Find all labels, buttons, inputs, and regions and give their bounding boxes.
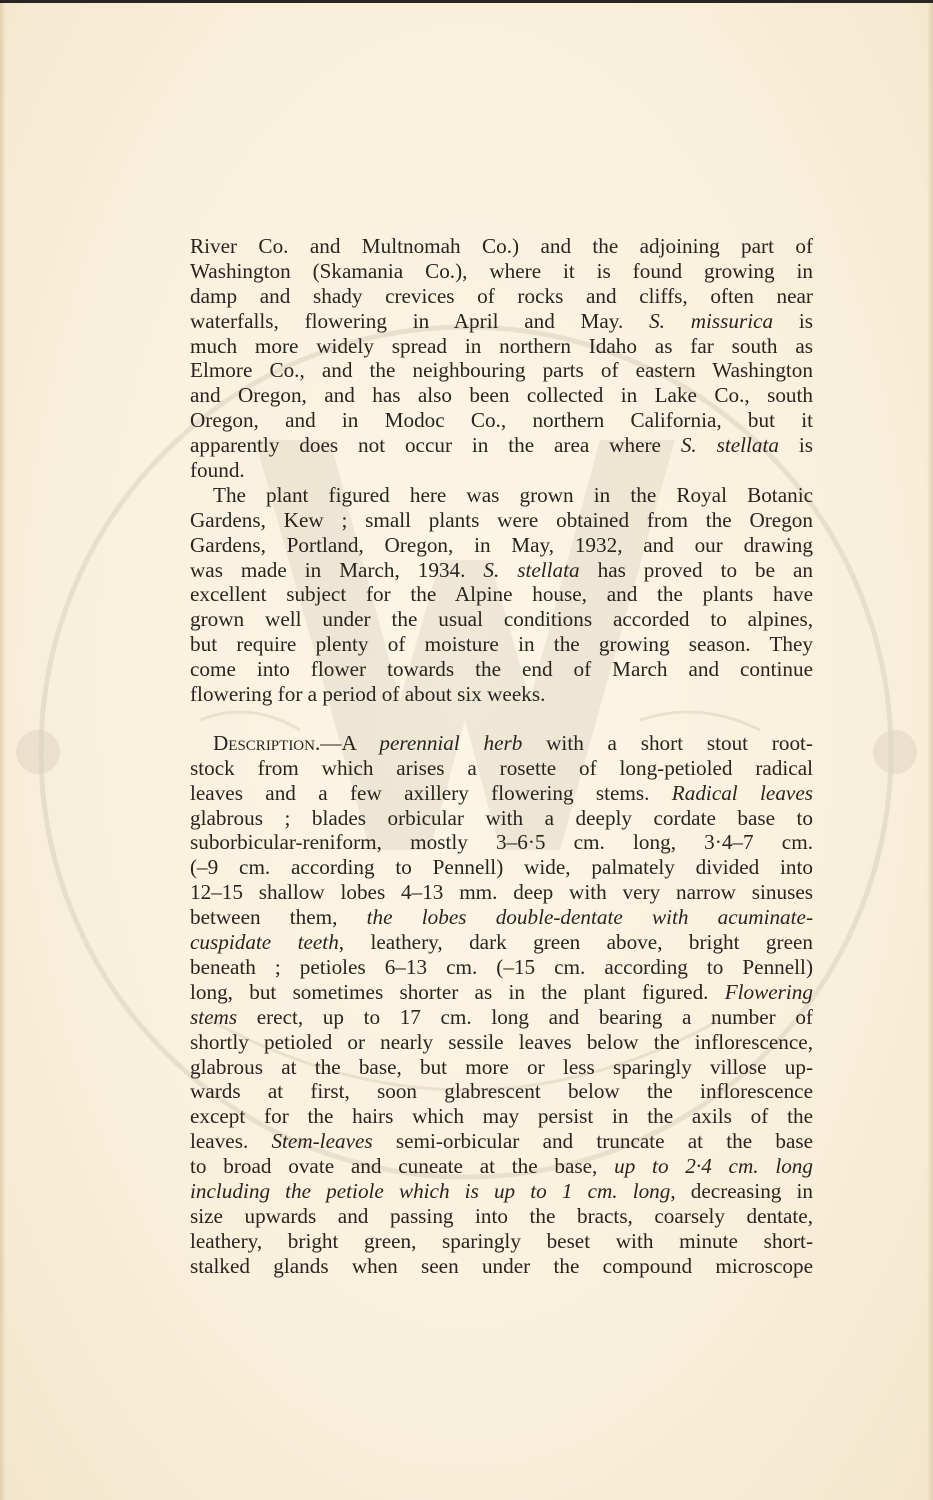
text: and Oregon, and has also been collected … (190, 383, 813, 407)
italic-text: cuspidate teeth (190, 930, 339, 954)
text: , leathery, dark green above, bright gre… (339, 930, 813, 954)
text: found. (190, 458, 245, 482)
text-line: apparently does not occur in the area wh… (190, 433, 813, 458)
paragraph-distribution: River Co. and Multnomah Co.) and the adj… (190, 234, 813, 483)
text-line: glabrous ; blades orbicular with a deepl… (190, 806, 813, 831)
text: has proved to be an (580, 558, 813, 582)
italic-text: up to 2·4 cm. long (614, 1154, 813, 1178)
text-line: size upwards and passing into the bracts… (190, 1204, 813, 1229)
text-line: to broad ovate and cuneate at the base, … (190, 1154, 813, 1179)
text: leathery, bright green, sparingly beset … (190, 1229, 813, 1253)
italic-text: Flowering (725, 980, 813, 1004)
text: beneath ; petioles 6–13 cm. (–15 cm. acc… (190, 955, 813, 979)
page-left-edge (0, 3, 6, 1500)
text-line: damp and shady crevices of rocks and cli… (190, 284, 813, 309)
text-line: and Oregon, and has also been collected … (190, 383, 813, 408)
document-body: River Co. and Multnomah Co.) and the adj… (190, 234, 813, 1279)
text: suborbicular-reniform, mostly 3–6·5 cm. … (190, 830, 813, 854)
text: leaves and a few axillery flowering stem… (190, 781, 672, 805)
text: but require plenty of moisture in the gr… (190, 632, 813, 656)
text: Elmore Co., and the neighbouring parts o… (190, 358, 813, 382)
paragraph-description: Description.—A perennial herb with a sho… (190, 731, 813, 1279)
page-right-edge (927, 3, 933, 1500)
text: The plant figured here was grown in the … (213, 483, 813, 507)
text: excellent subject for the Alpine house, … (190, 582, 813, 606)
text: apparently does not occur in the area wh… (190, 433, 681, 457)
text: is (773, 309, 813, 333)
text-line: leaves and a few axillery flowering stem… (190, 781, 813, 806)
italic-text: S. stellata (681, 433, 779, 457)
text: stock from which arises a rosette of lon… (190, 756, 813, 780)
text: , decreasing in (670, 1179, 813, 1203)
text-line: leaves. Stem-leaves semi-orbicular and t… (190, 1129, 813, 1154)
text-line: glabrous at the base, but more or less s… (190, 1055, 813, 1080)
text: stalked glands when seen under the compo… (190, 1254, 813, 1278)
text-line: 12–15 shallow lobes 4–13 mm. deep with v… (190, 880, 813, 905)
text: River Co. and Multnomah Co.) and the adj… (190, 234, 813, 258)
small-caps-heading: Description. (213, 731, 320, 755)
text-line: stock from which arises a rosette of lon… (190, 756, 813, 781)
text-line: grown well under the usual conditions ac… (190, 607, 813, 632)
text-line: shortly petioled or nearly sessile leave… (190, 1030, 813, 1055)
text: Gardens, Portland, Oregon, in May, 1932,… (190, 533, 813, 557)
text: erect, up to 17 cm. long and bearing a n… (237, 1005, 813, 1029)
italic-text: S. stellata (483, 558, 579, 582)
text: waterfalls, flowering in April and May. (190, 309, 649, 333)
text-line: stems erect, up to 17 cm. long and beari… (190, 1005, 813, 1030)
italic-text: the lobes double-dentate with acuminate- (367, 905, 813, 929)
text-line: much more widely spread in northern Idah… (190, 334, 813, 359)
text-line: The plant figured here was grown in the … (190, 483, 813, 508)
italic-text: perennial herb (379, 731, 522, 755)
text-line: beneath ; petioles 6–13 cm. (–15 cm. acc… (190, 955, 813, 980)
text-line: Elmore Co., and the neighbouring parts o… (190, 358, 813, 383)
text-line: Gardens, Portland, Oregon, in May, 1932,… (190, 533, 813, 558)
italic-text: Stem-leaves (271, 1129, 372, 1153)
text-line: suborbicular-reniform, mostly 3–6·5 cm. … (190, 830, 813, 855)
text: wards at first, soon glabrescent below t… (190, 1079, 813, 1103)
text-line: (–9 cm. according to Pennell) wide, palm… (190, 855, 813, 880)
text: shortly petioled or nearly sessile leave… (190, 1030, 813, 1054)
text-line: flowering for a period of about six week… (190, 682, 813, 707)
text: damp and shady crevices of rocks and cli… (190, 284, 813, 308)
text-line: Oregon, and in Modoc Co., northern Calif… (190, 408, 813, 433)
text-line: long, but sometimes shorter as in the pl… (190, 980, 813, 1005)
text-line: come into flower towards the end of Marc… (190, 657, 813, 682)
text-line: waterfalls, flowering in April and May. … (190, 309, 813, 334)
text: to broad ovate and cuneate at the base, (190, 1154, 614, 1178)
italic-text: stems (190, 1005, 237, 1029)
text-line: excellent subject for the Alpine house, … (190, 582, 813, 607)
text: long, but sometimes shorter as in the pl… (190, 980, 725, 1004)
text: (–9 cm. according to Pennell) wide, palm… (190, 855, 813, 879)
paragraph-gap (190, 707, 813, 731)
text-line: but require plenty of moisture in the gr… (190, 632, 813, 657)
italic-text: Radical leaves (672, 781, 813, 805)
italic-text: S. missurica (649, 309, 773, 333)
text: come into flower towards the end of Marc… (190, 657, 813, 681)
text: size upwards and passing into the bracts… (190, 1204, 813, 1228)
paragraph-cultivation: The plant figured here was grown in the … (190, 483, 813, 707)
text-line: found. (190, 458, 813, 483)
text: except for the hairs which may persist i… (190, 1104, 813, 1128)
text-line: between them, the lobes double-dentate w… (190, 905, 813, 930)
text-line: Washington (Skamania Co.), where it is f… (190, 259, 813, 284)
text: was made in March, 1934. (190, 558, 483, 582)
italic-text: including the petiole which is up to 1 c… (190, 1179, 670, 1203)
text-line: River Co. and Multnomah Co.) and the adj… (190, 234, 813, 259)
text-line: leathery, bright green, sparingly beset … (190, 1229, 813, 1254)
text: 12–15 shallow lobes 4–13 mm. deep with v… (190, 880, 813, 904)
text-line: wards at first, soon glabrescent below t… (190, 1079, 813, 1104)
text: is (779, 433, 813, 457)
text-line: stalked glands when seen under the compo… (190, 1254, 813, 1279)
text: flowering for a period of about six week… (190, 682, 545, 706)
text: between them, (190, 905, 367, 929)
text: glabrous ; blades orbicular with a deepl… (190, 806, 813, 830)
text: leaves. (190, 1129, 271, 1153)
text-line: except for the hairs which may persist i… (190, 1104, 813, 1129)
text: Washington (Skamania Co.), where it is f… (190, 259, 813, 283)
text: Oregon, and in Modoc Co., northern Calif… (190, 408, 813, 432)
text: —A (320, 731, 379, 755)
text-line: including the petiole which is up to 1 c… (190, 1179, 813, 1204)
text: glabrous at the base, but more or less s… (190, 1055, 813, 1079)
text: grown well under the usual conditions ac… (190, 607, 813, 631)
text-line: cuspidate teeth, leathery, dark green ab… (190, 930, 813, 955)
text: Gardens, Kew ; small plants were obtaine… (190, 508, 813, 532)
text-line: was made in March, 1934. S. stellata has… (190, 558, 813, 583)
text: with a short stout root- (522, 731, 813, 755)
text-line: Gardens, Kew ; small plants were obtaine… (190, 508, 813, 533)
text: much more widely spread in northern Idah… (190, 334, 813, 358)
text: semi-orbicular and truncate at the base (373, 1129, 813, 1153)
text-line: Description.—A perennial herb with a sho… (190, 731, 813, 756)
